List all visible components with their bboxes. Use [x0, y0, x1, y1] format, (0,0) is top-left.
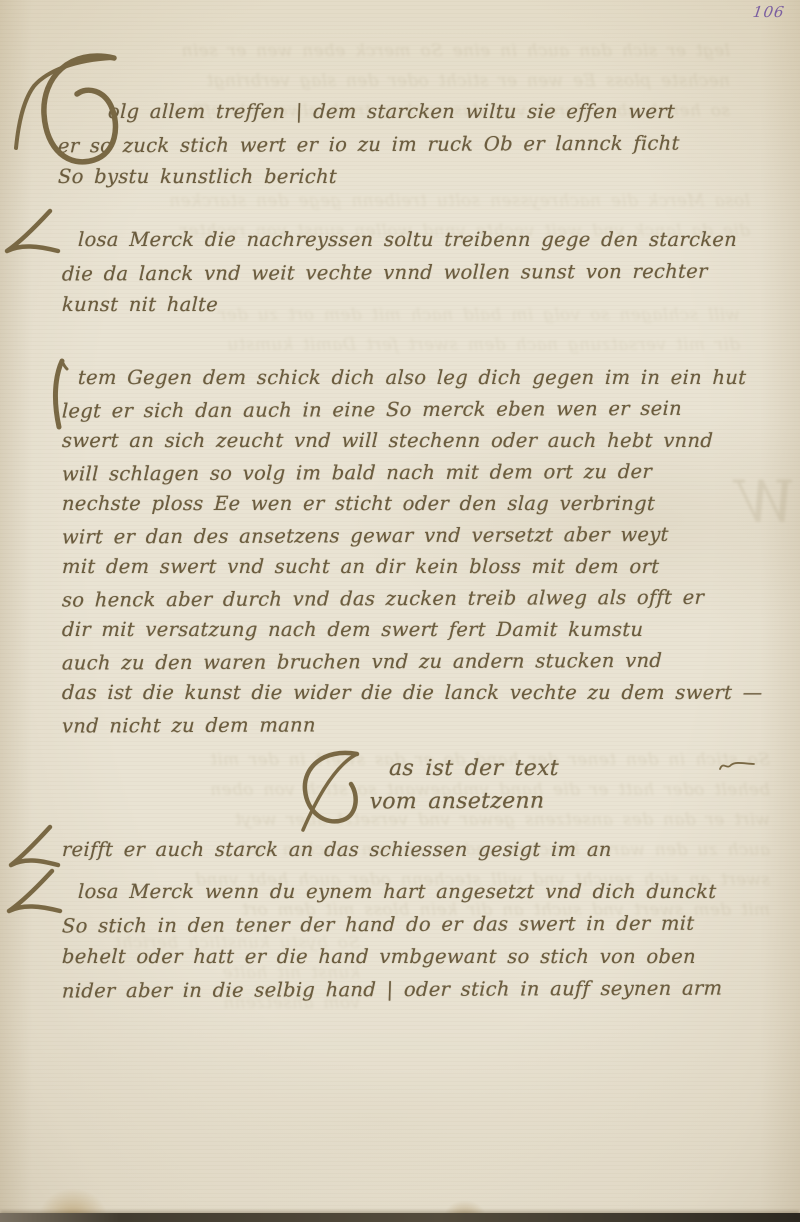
pen-squiggle-mark [718, 758, 756, 774]
margin-initial-g [8, 824, 62, 872]
gloss-paragraph-ansetzen: losa Merck wenn du eynem hart angesetzt … [62, 876, 722, 1006]
manuscript-line: er so zuck stich wert er io zu im ruck O… [57, 127, 680, 162]
gloss-paragraph-top: losa Merck die nachreyssen soltu treiben… [62, 224, 737, 322]
manuscript-line: losa Merck die nachreyssen soltu treiben… [61, 224, 737, 257]
verse-ansetzen: reifft er auch starck an das schiessen g… [62, 834, 612, 867]
manuscript-line: nider aber in die selbig hand | oder sti… [61, 972, 722, 1007]
manuscript-line: die da lanck vnd weit vechte vnnd wollen… [61, 255, 737, 290]
manuscript-line: auch zu den waren bruchen vnd zu andern … [61, 644, 763, 679]
manuscript-line: vnd nicht zu dem mann [61, 707, 763, 742]
manuscript-line: olg allem treffen | dem starcken wiltu s… [57, 96, 680, 129]
scan-bottom-edge [0, 1213, 800, 1222]
folio-number: 106 [752, 3, 786, 21]
manuscript-line: wirt er dan des ansetzens gewar vnd vers… [61, 518, 763, 553]
manuscript-line: legt er sich dan auch in eine So merck e… [61, 392, 763, 427]
initial-heading-d [293, 746, 371, 834]
manuscript-line: swert an sich zeucht vnd will stechenn o… [61, 425, 763, 457]
manuscript-line: so henck aber durch vnd das zucken treib… [61, 581, 763, 616]
manuscript-line: will schlagen so volg im bald nach mit d… [61, 455, 763, 490]
manuscript-line: mit dem swert vnd sucht an dir kein blos… [61, 551, 763, 583]
manuscript-scan-page: 106 legt er sich dan auch in eine So mer… [0, 0, 800, 1222]
manuscript-line: So stich in den tener der hand do er das… [61, 907, 722, 942]
manuscript-line: reifft er auch starck an das schiessen g… [61, 834, 612, 867]
initial-item-i [50, 358, 68, 430]
margin-initial-glosa [6, 868, 64, 918]
manuscript-line: dir mit versatzung nach dem swert fert D… [61, 614, 763, 646]
verse-paragraph-top: olg allem treffen | dem starcken wiltu s… [58, 96, 680, 194]
item-paragraph: tem Gegen dem schick dich also leg dich … [62, 362, 763, 740]
manuscript-line: losa Merck wenn du eynem hart angesetzt … [61, 876, 722, 909]
manuscript-line: So bystu kunstlich bericht [57, 161, 680, 194]
manuscript-line: kunst nit halte [61, 289, 737, 322]
manuscript-line: behelt oder hatt er die hand vmbgewant s… [61, 941, 722, 974]
manuscript-line: tem Gegen dem schick dich also leg dich … [61, 362, 763, 394]
manuscript-line: das ist die kunst die wider die die lanc… [61, 677, 763, 709]
manuscript-line: nechste ploss Ee wen er sticht oder den … [61, 488, 763, 520]
illuminated-initial-v [14, 50, 144, 175]
margin-initial-glosa [4, 208, 62, 258]
